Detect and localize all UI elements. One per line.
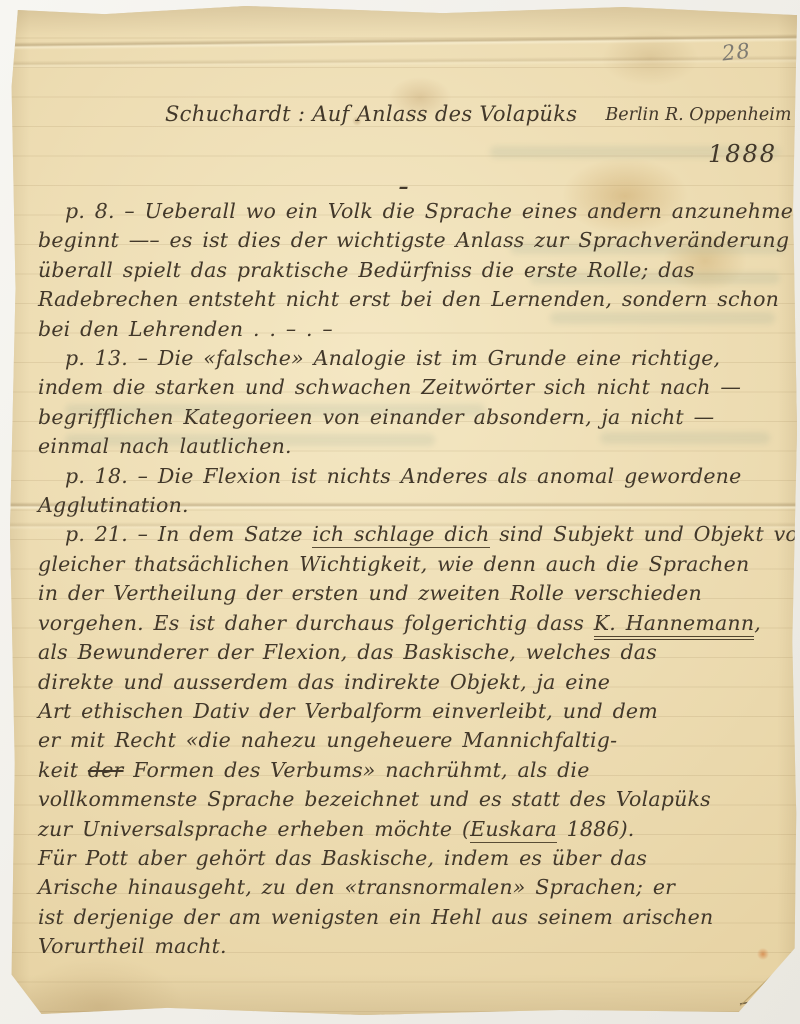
text-line: begrifflichen Kategorieen von einander a… — [38, 403, 784, 432]
text-line: Radebrechen entsteht nicht erst bei den … — [38, 285, 784, 314]
text-segment: , — [754, 611, 761, 635]
text-line: Für Pott aber gehört das Baskische, inde… — [38, 844, 784, 873]
header-title: Schuchardt : Auf Anlass des Volapüks — [165, 102, 577, 126]
fold-crease — [10, 34, 797, 50]
text-line: p. 13. – Die «falsche» Analogie ist im G… — [38, 344, 784, 373]
text-segment: 1886). — [557, 817, 635, 841]
text-segment: p. 21. – In dem Satze — [65, 522, 312, 546]
folded-corner — [736, 950, 796, 1008]
text-line: Arische hinausgeht, zu den «transnormale… — [38, 873, 784, 902]
text-line: bei den Lehrenden . . – . – — [38, 315, 784, 344]
text-line: einmal nach lautlichen. — [38, 432, 784, 461]
header: Schuchardt : Auf Anlass des Volapüks Ber… — [165, 102, 785, 126]
page-number: 28 — [721, 39, 752, 66]
text-line: ist derjenige der am wenigsten ein Hehl … — [38, 903, 784, 932]
text-line: Vorurtheil macht. — [38, 932, 784, 961]
text-line: indem die starken und schwachen Zeitwört… — [38, 373, 784, 402]
header-imprint: Berlin R. Oppenheim — [605, 102, 791, 125]
text-segment: keit — [38, 758, 88, 782]
text-segment: Formen des Verbums» nachrühmt, als die — [124, 758, 590, 782]
text-line: Art ethischen Dativ der Verbalform einve… — [38, 697, 784, 726]
text-line: direkte und ausserdem das indirekte Obje… — [38, 668, 784, 697]
manuscript-paper: 28 Schuchardt : Auf Anlass des Volapüks … — [10, 6, 797, 1015]
text-line: Agglutination. — [38, 491, 784, 520]
text-line: p. 21. – In dem Satze ich schlage dich s… — [38, 520, 784, 549]
text-line: in der Vertheilung der ersten und zweite… — [38, 579, 784, 608]
text-line: p. 18. – Die Flexion ist nichts Anderes … — [38, 462, 784, 491]
text-segment: vorgehen. Es ist daher durchaus folgeric… — [38, 611, 594, 635]
text-line: gleicher thatsächlichen Wichtigkeit, wie… — [38, 550, 784, 579]
text-segment: sind Subjekt und Objekt von — [490, 522, 800, 546]
text-line: p. 8. – Ueberall wo ein Volk die Sprache… — [38, 197, 784, 226]
text-line: er mit Recht «die nahezu ungeheuere Mann… — [38, 726, 784, 755]
text-line: vorgehen. Es ist daher durchaus folgeric… — [38, 609, 784, 638]
struck-word: der — [88, 758, 124, 782]
manuscript-text: p. 8. – Ueberall wo ein Volk die Sprache… — [38, 197, 784, 962]
text-line: keit der Formen des Verbums» nachrühmt, … — [38, 756, 784, 785]
fold-crease — [10, 55, 797, 68]
scanned-manuscript-page: { "page_number": "28", "header": { "titl… — [0, 0, 800, 1024]
text-line: überall spielt das praktische Bedürfniss… — [38, 256, 784, 285]
text-segment: zur Universalsprache erheben möchte ( — [38, 817, 470, 841]
separator-dash: – — [10, 174, 797, 198]
text-line: zur Universalsprache erheben möchte (Eus… — [38, 815, 784, 844]
header-year: 1888 — [708, 140, 777, 168]
text-line: beginnt —– es ist dies der wichtigste An… — [38, 226, 784, 255]
underlined-phrase: ich schlage dich — [312, 522, 489, 548]
text-line: vollkommenste Sprache bezeichnet und es … — [38, 785, 784, 814]
double-underlined-name: K. Hannemann — [594, 611, 754, 640]
text-line: als Bewunderer der Flexion, das Baskisch… — [38, 638, 784, 667]
underlined-title: Euskara — [470, 817, 557, 843]
